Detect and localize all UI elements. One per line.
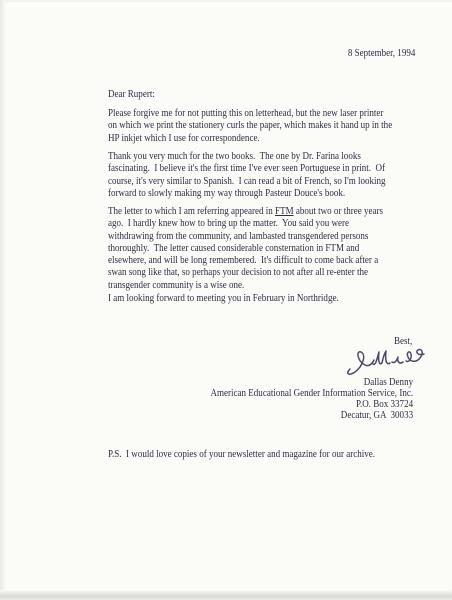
salutation: Dear Rupert: xyxy=(108,88,155,100)
handwritten-signature xyxy=(346,344,434,378)
paragraph-2: Thank you very much for the two books. T… xyxy=(108,150,386,199)
paragraph-3-pre: The letter to which I am referring appea… xyxy=(108,205,275,217)
date-line: 8 September, 1994 xyxy=(347,47,415,59)
scan-left-edge xyxy=(0,0,5,600)
paragraph-3-post: about two or three years ago. I hardly k… xyxy=(108,205,383,291)
signature-block: Dallas Denny American Educational Gender… xyxy=(210,377,413,421)
paragraph-1: Please forgive me for not putting this o… xyxy=(108,107,392,144)
ftm-underlined-title: FTM xyxy=(275,205,294,217)
scan-top-edge xyxy=(0,0,452,2)
paragraph-3: The letter to which I am referring appea… xyxy=(108,205,383,291)
scan-bottom-edge xyxy=(0,590,452,600)
paragraph-4: I am looking forward to meeting you in F… xyxy=(108,292,339,304)
postscript: P.S. I would love copies of your newslet… xyxy=(108,448,375,460)
